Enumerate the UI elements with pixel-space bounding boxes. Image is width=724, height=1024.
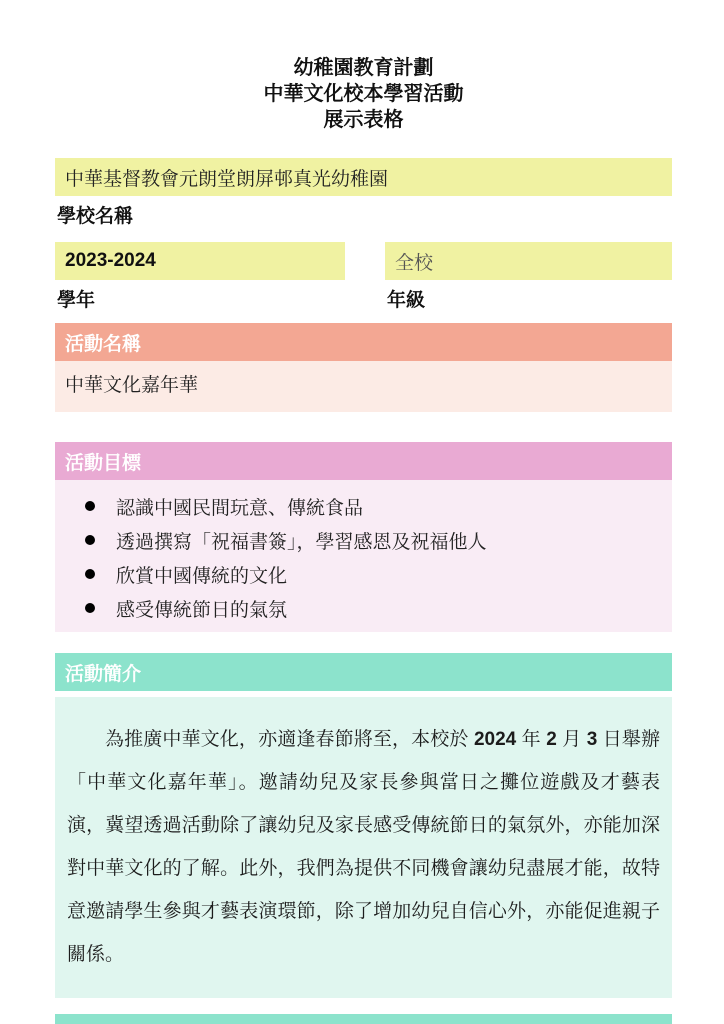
objective-item: 欣賞中國傳統的文化 — [55, 557, 672, 591]
school-year-value: 2023-2024 — [55, 242, 345, 280]
intro-text-segment: 日舉辦「中華文化嘉年華」。邀請幼兒及家長參與當日之攤位遊戲及才藝表演，冀望透過活… — [67, 729, 660, 965]
grade-value: 全校 — [385, 242, 672, 280]
objective-item: 認識中國民間玩意、傳統食品 — [55, 489, 672, 523]
bullet-icon — [85, 501, 95, 511]
page-content: 幼稚園教育計劃 中華文化校本學習活動 展示表格 中華基督教會元朗堂朗屏邨真光幼稚… — [55, 0, 672, 998]
document-title-line2: 中華文化校本學習活動 — [55, 81, 672, 107]
objective-text: 欣賞中國傳統的文化 — [116, 561, 287, 588]
bullet-icon — [85, 603, 95, 613]
intro-body: 為推廣中華文化，亦適逢春節將至，本校於 2024 年 2 月 3 日舉辦「中華文… — [55, 697, 672, 998]
year-column: 2023-2024 學年 — [55, 242, 345, 314]
bullet-icon — [85, 569, 95, 579]
next-section-header-strip — [55, 1014, 672, 1024]
school-name-value: 中華基督教會元朗堂朗屏邨真光幼稚園 — [55, 158, 672, 196]
intro-text-segment: 年 — [516, 729, 546, 750]
objective-item: 透過撰寫「祝福書簽」，學習感恩及祝福他人 — [55, 523, 672, 557]
document-page: 幼稚園教育計劃 中華文化校本學習活動 展示表格 中華基督教會元朗堂朗屏邨真光幼稚… — [0, 0, 724, 1024]
objectives-header: 活動目標 — [55, 442, 672, 480]
intro-text-segment: 為推廣中華文化，亦適逢春節將至，本校於 — [105, 729, 474, 750]
objective-text: 認識中國民間玩意、傳統食品 — [116, 493, 363, 520]
intro-paragraph: 為推廣中華文化，亦適逢春節將至，本校於 2024 年 2 月 3 日舉辦「中華文… — [67, 718, 660, 976]
document-title-line1: 幼稚園教育計劃 — [55, 55, 672, 81]
intro-day-number: 3 — [587, 729, 598, 750]
grade-label: 年級 — [387, 288, 672, 314]
activity-name-value: 中華文化嘉年華 — [55, 361, 672, 412]
grade-column: 全校 年級 — [385, 242, 672, 314]
objective-item: 感受傳統節日的氣氛 — [55, 591, 672, 625]
objective-text: 感受傳統節日的氣氛 — [116, 595, 287, 622]
document-title: 幼稚園教育計劃 中華文化校本學習活動 展示表格 — [55, 55, 672, 133]
document-title-line3: 展示表格 — [55, 107, 672, 133]
activity-name-header: 活動名稱 — [55, 323, 672, 361]
bullet-icon — [85, 535, 95, 545]
school-year-label: 學年 — [57, 288, 345, 314]
objective-text: 透過撰寫「祝福書簽」，學習感恩及祝福他人 — [116, 527, 487, 554]
intro-text-segment: 月 — [557, 729, 587, 750]
intro-header: 活動簡介 — [55, 653, 672, 691]
school-name-label: 學校名稱 — [57, 204, 672, 230]
year-grade-row: 2023-2024 學年 全校 年級 — [55, 242, 672, 314]
intro-year-number: 2024 — [474, 729, 516, 750]
objectives-list: 認識中國民間玩意、傳統食品 透過撰寫「祝福書簽」，學習感恩及祝福他人 欣賞中國傳… — [55, 480, 672, 632]
intro-month-number: 2 — [546, 729, 557, 750]
